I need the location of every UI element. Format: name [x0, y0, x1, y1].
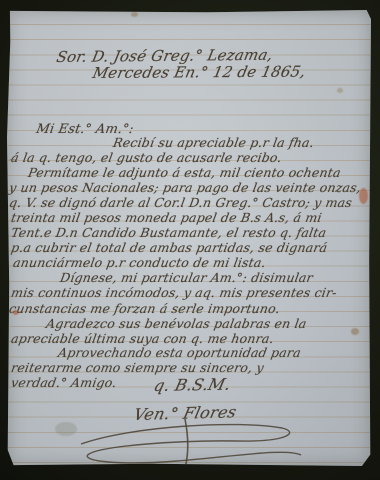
body-line: mis continuos incómodos, y aq. mis prese… [10, 285, 338, 300]
body-line: y un pesos Nacionales; para pago de las … [8, 180, 362, 195]
body-line: treinta mil pesos moneda papel de B.s A.… [10, 210, 323, 225]
body-line: Aprovechando esta oportunidad para [57, 345, 302, 360]
orange-speck-stain [13, 310, 18, 315]
body-line: verdad.° Amigo. [10, 375, 118, 390]
body-line: reiterarme como siempre su sincero, y [10, 360, 265, 375]
smudge-stain [55, 422, 77, 436]
margin-dash-mark: — [9, 155, 18, 165]
body-line: apreciable última suya con q. me honra. [10, 331, 275, 346]
body-line: Dígnese, mi particular Am.°: disimular [59, 270, 314, 285]
body-line: Agradezco sus benévolas palabras en la [45, 316, 308, 331]
dateline: Mercedes En.° 12 de 1865, [91, 63, 307, 82]
body-line: p.a cubrir el total de ambas partidas, s… [10, 240, 329, 255]
body-line: Permítame le adjunto á esta, mil ciento … [27, 165, 342, 180]
letter-paper: Sor. D. José Greg.° Lezama, Mercedes En.… [7, 10, 371, 466]
brown-stain [351, 328, 359, 335]
red-stain [359, 188, 368, 204]
body-line: cunstancias me forzan á serle importuno. [8, 301, 281, 316]
body-line: q. V. se dignó darle al Cor.l D.n Greg.°… [8, 195, 353, 210]
closing-formula: q. B.S.M. [152, 375, 233, 395]
body-line: á la q. tengo, el gusto de acusarle reci… [10, 150, 283, 165]
faint-stain [337, 88, 343, 93]
body-line: anunciármelo p.r conducto de mi lista. [12, 255, 267, 270]
top-edge-stain [131, 12, 138, 17]
body-line: Tent.e D.n Candido Bustamante, el resto … [10, 225, 328, 240]
body-line: Recibí su apreciable p.r la fha. [112, 135, 315, 150]
